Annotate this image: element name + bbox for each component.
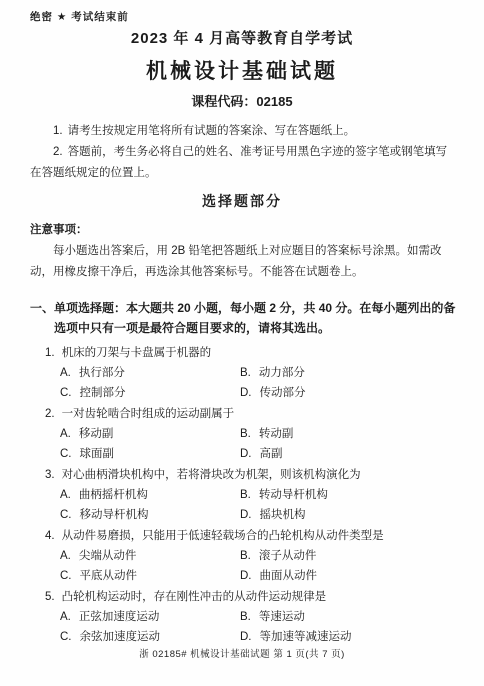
- option-label: B.: [240, 611, 251, 623]
- section-part-title: 选择题部分: [0, 191, 484, 211]
- option-a: A.执行部分: [60, 363, 240, 383]
- notice-text: 每小题选出答案后，用 2B 铅笔把答题纸上对应题目的答案标号涂黑。如需改动，用橡…: [30, 241, 456, 283]
- option-label: A.: [60, 367, 71, 379]
- option-text: 等速运动: [259, 611, 305, 623]
- option-a: A.正弦加速度运动: [60, 607, 240, 627]
- question-number: 5.: [45, 591, 55, 603]
- notice-block: 注意事项： 每小题选出答案后，用 2B 铅笔把答题纸上对应题目的答案标号涂黑。如…: [30, 220, 456, 283]
- option-d: D.等加速等减速运动: [240, 627, 456, 647]
- option-label: B.: [240, 428, 251, 440]
- option-c: C.平底从动件: [60, 566, 240, 586]
- question-number: 1.: [45, 347, 55, 359]
- option-label: C.: [60, 448, 72, 460]
- question-stem-row: 4.从动件易磨损，只能用于低速轻载场合的凸轮机构从动件类型是: [45, 526, 456, 546]
- option-label: D.: [240, 570, 252, 582]
- option-text: 曲面从动件: [260, 570, 318, 582]
- question-stem-row: 5.凸轮机构运动时，存在刚性冲击的从动件运动规律是: [45, 587, 456, 607]
- option-text: 动力部分: [259, 367, 305, 379]
- option-d: D.曲面从动件: [240, 566, 456, 586]
- option-label: C.: [60, 509, 72, 521]
- option-label: D.: [240, 509, 252, 521]
- option-b: B.动力部分: [240, 363, 456, 383]
- option-text: 高副: [260, 448, 283, 460]
- option-text: 移动导杆机构: [80, 509, 149, 521]
- question-options: A.曲柄摇杆机构 B.转动导杆机构 C.移动导杆机构 D.摇块机构: [45, 485, 456, 525]
- question-options: A.正弦加速度运动 B.等速运动 C.余弦加速度运动 D.等加速等减速运动: [45, 607, 456, 647]
- option-label: C.: [60, 570, 72, 582]
- question-number: 2.: [45, 408, 55, 420]
- exam-subject-title: 机械设计基础试题: [0, 55, 484, 85]
- option-c: C.移动导杆机构: [60, 505, 240, 525]
- option-text: 控制部分: [80, 387, 126, 399]
- question-stem-row: 2.一对齿轮啮合时组成的运动副属于: [45, 404, 456, 424]
- option-a: A.尖端从动件: [60, 546, 240, 566]
- option-b: B.转动副: [240, 424, 456, 444]
- page-footer: 浙 02185# 机械设计基础试题 第 1 页(共 7 页): [0, 646, 484, 660]
- option-text: 滚子从动件: [259, 550, 317, 562]
- option-d: D.高副: [240, 444, 456, 464]
- option-c: C.控制部分: [60, 383, 240, 403]
- question-stem: 对心曲柄滑块机构中，若将滑块改为机架，则该机构演化为: [62, 469, 361, 481]
- option-b: B.滚子从动件: [240, 546, 456, 566]
- option-label: A.: [60, 550, 71, 562]
- question: 5.凸轮机构运动时，存在刚性冲击的从动件运动规律是 A.正弦加速度运动 B.等速…: [45, 587, 456, 647]
- option-label: A.: [60, 611, 71, 623]
- instruction-item: 1.请考生按规定用笔将所有试题的答案涂、写在答题纸上。: [30, 121, 456, 142]
- option-text: 正弦加速度运动: [79, 611, 160, 623]
- option-b: B.转动导杆机构: [240, 485, 456, 505]
- exam-paper-page: 绝密 ★ 考试结束前 2023 年 4 月高等教育自学考试 机械设计基础试题 课…: [0, 0, 484, 686]
- option-a: A.曲柄摇杆机构: [60, 485, 240, 505]
- instruction-text: 请考生按规定用笔将所有试题的答案涂、写在答题纸上。: [68, 125, 356, 137]
- question: 3.对心曲柄滑块机构中，若将滑块改为机架，则该机构演化为 A.曲柄摇杆机构 B.…: [45, 465, 456, 525]
- instruction-number: 1.: [53, 125, 63, 137]
- option-label: D.: [240, 448, 252, 460]
- question-number: 3.: [45, 469, 55, 481]
- question-number: 4.: [45, 530, 55, 542]
- option-d: D.传动部分: [240, 383, 456, 403]
- question-options: A.尖端从动件 B.滚子从动件 C.平底从动件 D.曲面从动件: [45, 546, 456, 586]
- option-label: B.: [240, 367, 251, 379]
- question-options: A.移动副 B.转动副 C.球面副 D.高副: [45, 424, 456, 464]
- option-label: C.: [60, 631, 72, 643]
- question-stem: 从动件易磨损，只能用于低速轻载场合的凸轮机构从动件类型是: [62, 530, 384, 542]
- option-text: 平底从动件: [80, 570, 138, 582]
- questions-list: 1.机床的刀架与卡盘属于机器的 A.执行部分 B.动力部分 C.控制部分 D.传…: [45, 343, 456, 647]
- option-c: C.余弦加速度运动: [60, 627, 240, 647]
- option-label: B.: [240, 550, 251, 562]
- course-code: 课程代码：02185: [0, 91, 484, 110]
- option-b: B.等速运动: [240, 607, 456, 627]
- question: 2.一对齿轮啮合时组成的运动副属于 A.移动副 B.转动副 C.球面副 D.高副: [45, 404, 456, 464]
- option-label: A.: [60, 428, 71, 440]
- instruction-item: 2.答题前，考生务必将自己的姓名、准考证号用黑色字迹的签字笔或钢笔填写在答题纸规…: [30, 142, 456, 184]
- question: 4.从动件易磨损，只能用于低速轻载场合的凸轮机构从动件类型是 A.尖端从动件 B…: [45, 526, 456, 586]
- exam-session-title: 2023 年 4 月高等教育自学考试: [0, 27, 484, 48]
- classification-banner: 绝密 ★ 考试结束前: [30, 9, 129, 24]
- option-label: A.: [60, 489, 71, 501]
- instruction-text: 答题前，考生务必将自己的姓名、准考证号用黑色字迹的签字笔或钢笔填写在答题纸规定的…: [30, 146, 447, 179]
- option-text: 余弦加速度运动: [80, 631, 161, 643]
- option-text: 传动部分: [260, 387, 306, 399]
- instruction-number: 2.: [53, 146, 63, 158]
- question-stem: 机床的刀架与卡盘属于机器的: [62, 347, 212, 359]
- option-c: C.球面副: [60, 444, 240, 464]
- notice-heading: 注意事项：: [30, 220, 456, 241]
- option-text: 移动副: [79, 428, 114, 440]
- option-text: 转动副: [259, 428, 294, 440]
- question-stem: 一对齿轮啮合时组成的运动副属于: [62, 408, 235, 420]
- option-label: B.: [240, 489, 251, 501]
- option-label: D.: [240, 387, 252, 399]
- question-stem-row: 1.机床的刀架与卡盘属于机器的: [45, 343, 456, 363]
- section-one-heading: 一、单项选择题：本大题共 20 小题，每小题 2 分，共 40 分。在每小题列出…: [30, 298, 456, 338]
- option-text: 摇块机构: [260, 509, 306, 521]
- instructions-list: 1.请考生按规定用笔将所有试题的答案涂、写在答题纸上。 2.答题前，考生务必将自…: [30, 121, 456, 184]
- question-stem-row: 3.对心曲柄滑块机构中，若将滑块改为机架，则该机构演化为: [45, 465, 456, 485]
- option-text: 转动导杆机构: [259, 489, 328, 501]
- question-stem: 凸轮机构运动时，存在刚性冲击的从动件运动规律是: [62, 591, 327, 603]
- option-label: D.: [240, 631, 252, 643]
- option-label: C.: [60, 387, 72, 399]
- option-text: 曲柄摇杆机构: [79, 489, 148, 501]
- option-text: 执行部分: [79, 367, 125, 379]
- option-text: 球面副: [80, 448, 115, 460]
- option-a: A.移动副: [60, 424, 240, 444]
- question: 1.机床的刀架与卡盘属于机器的 A.执行部分 B.动力部分 C.控制部分 D.传…: [45, 343, 456, 403]
- option-text: 尖端从动件: [79, 550, 137, 562]
- option-text: 等加速等减速运动: [260, 631, 352, 643]
- option-d: D.摇块机构: [240, 505, 456, 525]
- question-options: A.执行部分 B.动力部分 C.控制部分 D.传动部分: [45, 363, 456, 403]
